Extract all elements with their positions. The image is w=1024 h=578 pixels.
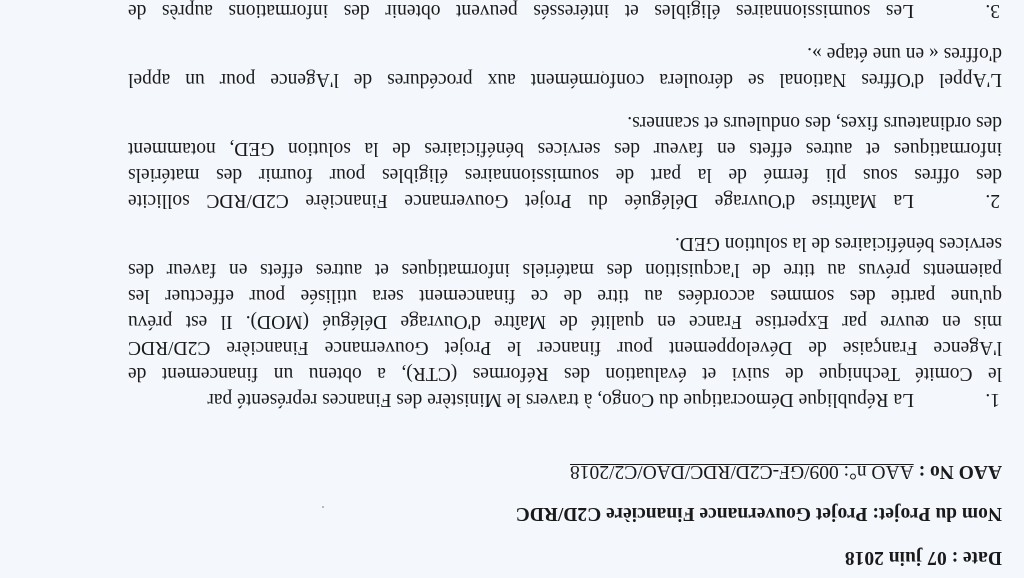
paragraph-1-line-6: paiements prévus au titre de l'acquisiti…: [128, 258, 1002, 280]
paragraph-1-line-2: le Comité Technique de suivi et évaluati…: [128, 362, 1002, 384]
scanned-document-page: Date : 07 juin 2018 Nom du Projet: Proje…: [0, 0, 1024, 578]
project-name: Nom du Projet: Projet Gouvernance Financ…: [516, 502, 1002, 524]
scan-speck: [602, 71, 604, 73]
paragraph-1-line-4: mis en œuvre par Expertise France en qua…: [128, 310, 1002, 332]
date-line: Date : 07 juin 2018: [845, 546, 1002, 568]
aao-number: AAO No : AAO n°: 009/GF-C2D/RDC/DAO/C2/2…: [570, 460, 1002, 482]
paragraph-2-line-1: La Maîtrise d'Ouvrage Déléguée du Projet…: [128, 189, 914, 211]
paragraph-3-number: 3.: [985, 0, 1000, 21]
procedure-line-2: d'offres « en une étape ».: [807, 42, 1002, 64]
scan-speck: [322, 506, 324, 508]
paragraph-1-line-1: La République Démocratique du Congo, à t…: [128, 388, 914, 410]
paragraph-2-line-3: informatiques et autres effets en faveur…: [128, 137, 1002, 159]
paragraph-3-line-1: Les soumissionnaires éligibles et intére…: [128, 0, 914, 21]
aao-label: AAO No :: [914, 461, 1002, 482]
paragraph-2-number: 2.: [985, 189, 1000, 211]
aao-value: AAO n°: 009/GF-C2D/RDC/DAO/C2/2018: [570, 461, 914, 482]
paragraph-2-line-4: des ordinateurs fixes, des onduleurs et …: [627, 111, 1002, 133]
paragraph-1-number: 1.: [985, 388, 1000, 410]
procedure-line-1: L'Appel d'Offres National se déroulera c…: [128, 68, 1002, 90]
paragraph-1-line-3: l'Agence Française de Développement pour…: [128, 336, 1002, 358]
paragraph-1-line-7: services bénéficiaires de la solution GE…: [675, 232, 1002, 254]
paragraph-1-line-5: qu'une partie des sommes accordées au ti…: [128, 284, 1002, 306]
paragraph-2-line-2: des offres sous pli fermé de la part de …: [128, 163, 1002, 185]
